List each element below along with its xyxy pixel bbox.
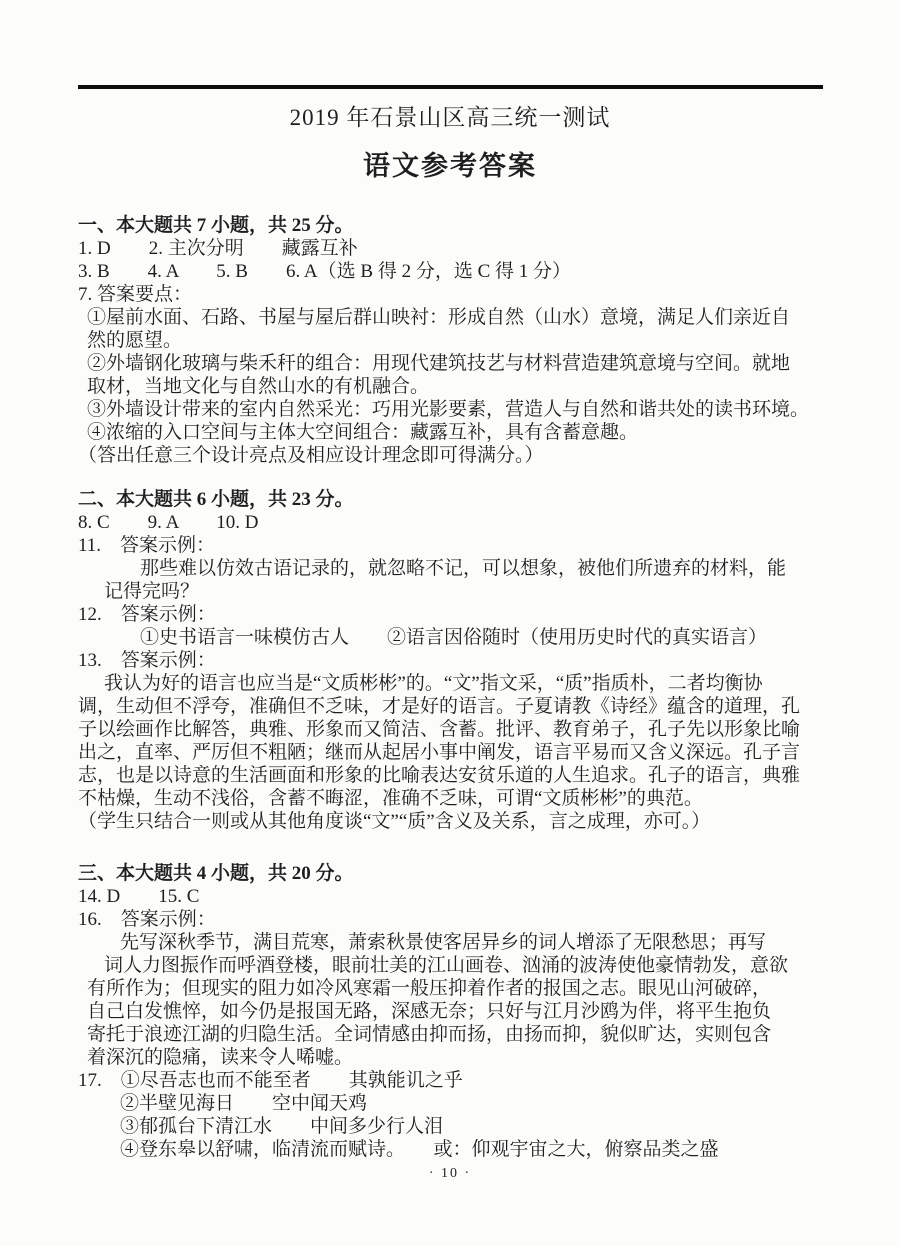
answer-line: 然的愿望。 — [87, 329, 848, 352]
document-subtitle: 语文参考答案 — [0, 151, 900, 181]
section-heading: 三、本大题共 4 小题，共 20 分。 — [78, 862, 848, 885]
answer-line: ②半壁见海日 空中闻天鸡 — [120, 1092, 848, 1115]
answer-line: ①史书语言一味模仿古人 ②语言因俗随时（使用历史时代的真实语言） — [140, 626, 848, 649]
header-rule — [78, 85, 823, 89]
answer-line: 13. 答案示例： — [78, 649, 848, 672]
answer-line: 3. B 4. A 5. B 6. A（选 B 得 2 分，选 C 得 1 分） — [78, 260, 848, 283]
answer-line: 17. ①尽吾志也而不能至者 其孰能讥之乎 — [78, 1069, 848, 1092]
answer-line: 记得完吗？ — [104, 580, 848, 603]
answer-line: （学生只结合一则或从其他角度谈“文”“质”含义及关系，言之成理，亦可。） — [78, 810, 848, 833]
answer-line: 子以绘画作比解答，典雅、形象而又简洁、含蓄。批评、教育弟子，孔子先以形象比喻 — [78, 718, 848, 741]
answer-section: 一、本大题共 7 小题，共 25 分。1. D 2. 主次分明 藏露互补3. B… — [78, 214, 848, 467]
section-heading: 二、本大题共 6 小题，共 23 分。 — [78, 488, 848, 511]
answer-line: 14. D 15. C — [78, 885, 848, 908]
page-footer: · 10 · — [0, 1165, 900, 1183]
answer-line: ③外墙设计带来的室内自然采光：巧用光影要素，营造人与自然和谐共处的读书环境。 — [87, 398, 848, 421]
answer-line: 志，也是以诗意的生活画面和形象的比喻表达安贫乐道的人生追求。孔子的语言，典雅 — [78, 764, 848, 787]
document-title: 2019 年石景山区高三统一测试 — [0, 105, 900, 131]
answer-line: 词人力图振作而呼酒登楼，眼前壮美的江山画卷、汹涌的波涛使他豪情勃发，意欲 — [104, 954, 848, 977]
scanned-answer-page: 2019 年石景山区高三统一测试 语文参考答案 一、本大题共 7 小题，共 25… — [0, 0, 900, 1246]
answer-line: （答出任意三个设计亮点及相应设计理念即可得满分。） — [78, 444, 848, 467]
answer-line: 11. 答案示例： — [78, 534, 848, 557]
answers-content: 一、本大题共 7 小题，共 25 分。1. D 2. 主次分明 藏露互补3. B… — [78, 214, 848, 1161]
answer-line: ③郁孤台下清江水 中间多少行人泪 — [120, 1115, 848, 1138]
answer-line: 不枯燥，生动不浅俗，含蓄不晦涩，准确不乏味，可谓“文质彬彬”的典范。 — [78, 787, 848, 810]
answer-line: ④登东皋以舒啸，临清流而赋诗。 或：仰观宇宙之大，俯察品类之盛 — [120, 1138, 848, 1161]
answer-line: 自己白发憔悴，如今仍是报国无路，深感无奈；只好与江月沙鸥为伴，将平生抱负 — [87, 1000, 848, 1023]
answer-line: 出之，直率、严厉但不粗陋；继而从起居小事中阐发，语言平易而又含义深远。孔子言 — [78, 741, 848, 764]
answer-section: 二、本大题共 6 小题，共 23 分。8. C 9. A 10. D11. 答案… — [78, 488, 848, 833]
answer-line: 8. C 9. A 10. D — [78, 511, 848, 534]
answer-line: 7. 答案要点： — [78, 283, 848, 306]
answer-line: ④浓缩的入口空间与主体大空间组合：藏露互补，具有含蓄意趣。 — [87, 421, 848, 444]
answer-line: 先写深秋季节，满目荒寒，萧索秋景使客居异乡的词人增添了无限愁思；再写 — [120, 931, 848, 954]
page-number: · 10 · — [429, 1166, 471, 1181]
answer-line: 那些难以仿效古语记录的，就忽略不记，可以想象，被他们所遗弃的材料，能 — [140, 557, 848, 580]
answer-line: 着深沉的隐痛，读来令人唏嘘。 — [87, 1046, 848, 1069]
answer-line: ①屋前水面、石路、书屋与屋后群山映衬：形成自然（山水）意境，满足人们亲近自 — [87, 306, 848, 329]
answer-line: 16. 答案示例： — [78, 908, 848, 931]
answer-line: ②外墙钢化玻璃与柴禾秆的组合：用现代建筑技艺与材料营造建筑意境与空间。就地 — [87, 352, 848, 375]
answer-line: 1. D 2. 主次分明 藏露互补 — [78, 237, 848, 260]
answer-line: 12. 答案示例： — [78, 603, 848, 626]
answer-section: 三、本大题共 4 小题，共 20 分。14. D 15. C16. 答案示例：先… — [78, 862, 848, 1161]
answer-line: 有所作为；但现实的阻力如冷风寒霜一般压抑着作者的报国之志。眼见山河破碎， — [87, 977, 848, 1000]
answer-line: 我认为好的语言也应当是“文质彬彬”的。“文”指文采，“质”指质朴，二者均衡协 — [104, 672, 848, 695]
answer-line: 调，生动但不浮夸，准确但不乏味，才是好的语言。子夏请教《诗经》蕴含的道理，孔 — [78, 695, 848, 718]
answer-line: 取材，当地文化与自然山水的有机融合。 — [87, 375, 848, 398]
answer-line: 寄托于浪迹江湖的归隐生活。全词情感由抑而扬，由扬而抑，貌似旷达，实则包含 — [87, 1023, 848, 1046]
section-heading: 一、本大题共 7 小题，共 25 分。 — [78, 214, 848, 237]
